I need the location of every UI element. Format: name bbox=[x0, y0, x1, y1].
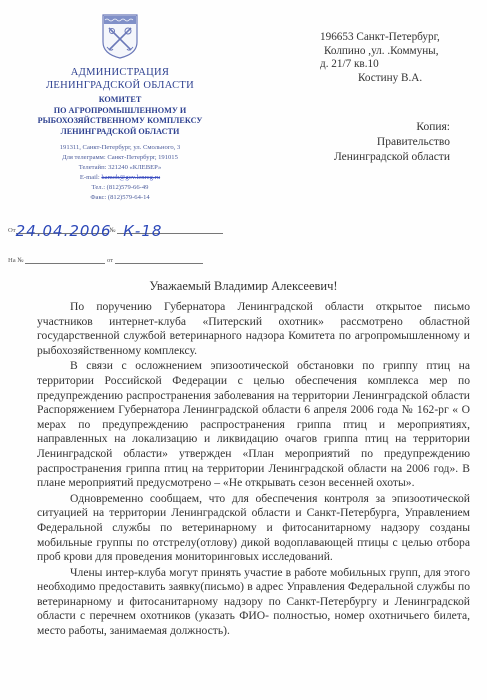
admin-line-2: ЛЕНИНГРАДСКОЙ ОБЛАСТИ bbox=[15, 79, 225, 92]
paragraph-2: В связи с осложнением эпизоотической обс… bbox=[37, 359, 470, 490]
committee-line-4: ЛЕНИНГРАДСКОЙ ОБЛАСТИ bbox=[15, 127, 225, 138]
coat-of-arms-icon bbox=[100, 12, 140, 60]
reply-number-field bbox=[25, 252, 105, 264]
administration-title: АДМИНИСТРАЦИЯ ЛЕНИНГРАДСКОЙ ОБЛАСТИ bbox=[15, 66, 225, 92]
number-label: № bbox=[109, 227, 115, 234]
admin-line-1: АДМИНИСТРАЦИЯ bbox=[15, 66, 225, 79]
copy-to: Копия: Правительство Ленинградской облас… bbox=[320, 120, 450, 165]
committee-title: КОМИТЕТ ПО АГРОПРОМЫШЛЕННОМУ И РЫБОХОЗЯЙ… bbox=[15, 95, 225, 137]
copy-label: Копия: bbox=[320, 120, 450, 135]
email-value: kamob@gov.lenreg.ru bbox=[101, 174, 160, 181]
handwritten-number: К-18 bbox=[117, 222, 162, 240]
salutation: Уважаемый Владимир Алексеевич! bbox=[0, 279, 487, 294]
copy-recipient-line-2: Ленинградской области bbox=[320, 150, 450, 165]
committee-line-2: ПО АГРОПРОМЫШЛЕННОМУ И bbox=[15, 106, 225, 117]
phone-number: Тел.: (812)579-66-49 bbox=[15, 183, 225, 193]
postal-address: 191311, Санкт-Петербург, ул. Смольного, … bbox=[15, 143, 225, 153]
recipient-city: 196653 Санкт-Петербург, bbox=[320, 31, 480, 45]
committee-line-3: РЫБОХОЗЯЙСТВЕННОМУ КОМПЛЕКСУ bbox=[15, 116, 225, 127]
committee-line-1: КОМИТЕТ bbox=[15, 95, 225, 106]
fax-number: Факс: (812)579-64-14 bbox=[15, 193, 225, 203]
reply-date-field bbox=[115, 252, 203, 264]
letter-page: АДМИНИСТРАЦИЯ ЛЕНИНГРАДСКОЙ ОБЛАСТИ КОМИ… bbox=[0, 0, 487, 700]
telegram-address: Для телеграмм: Санкт-Петербург, 191015 bbox=[15, 153, 225, 163]
outgoing-registration: От24.04.2006 № К-18 bbox=[8, 222, 223, 234]
copy-recipient-line-1: Правительство bbox=[320, 135, 450, 150]
reply-number-label: На № bbox=[8, 257, 24, 264]
contact-details: 191311, Санкт-Петербург, ул. Смольного, … bbox=[15, 143, 225, 203]
email-line: E-mail: kamob@gov.lenreg.ru bbox=[15, 173, 225, 183]
number-field: К-18 bbox=[117, 222, 223, 234]
recipient-address: 196653 Санкт-Петербург, Колпино ,ул. .Ко… bbox=[320, 31, 480, 85]
paragraph-4: Члены интер-клуба могут принять участие … bbox=[37, 566, 470, 639]
recipient-street: Колпино ,ул. .Коммуны, bbox=[320, 45, 480, 59]
letter-body: По поручению Губернатора Ленинградской о… bbox=[37, 300, 470, 640]
paragraph-1: По поручению Губернатора Ленинградской о… bbox=[37, 300, 470, 358]
reply-registration: На № от bbox=[8, 252, 203, 264]
date-label: От bbox=[8, 227, 16, 234]
date-field: 24.04.2006 bbox=[16, 222, 108, 234]
letterhead: АДМИНИСТРАЦИЯ ЛЕНИНГРАДСКОЙ ОБЛАСТИ КОМИ… bbox=[15, 12, 225, 203]
email-label: E-mail: bbox=[80, 174, 100, 181]
reply-date-label: от bbox=[107, 257, 113, 264]
paragraph-3: Одновременно сообщаем, что для обеспечен… bbox=[37, 492, 470, 565]
handwritten-date: 24.04.2006 bbox=[16, 222, 112, 240]
teletype: Телетайп: 321240 «КЛЕВЕР» bbox=[15, 163, 225, 173]
recipient-house: д. 21/7 кв.10 bbox=[320, 58, 480, 72]
recipient-name: Костину В.А. bbox=[320, 72, 480, 86]
